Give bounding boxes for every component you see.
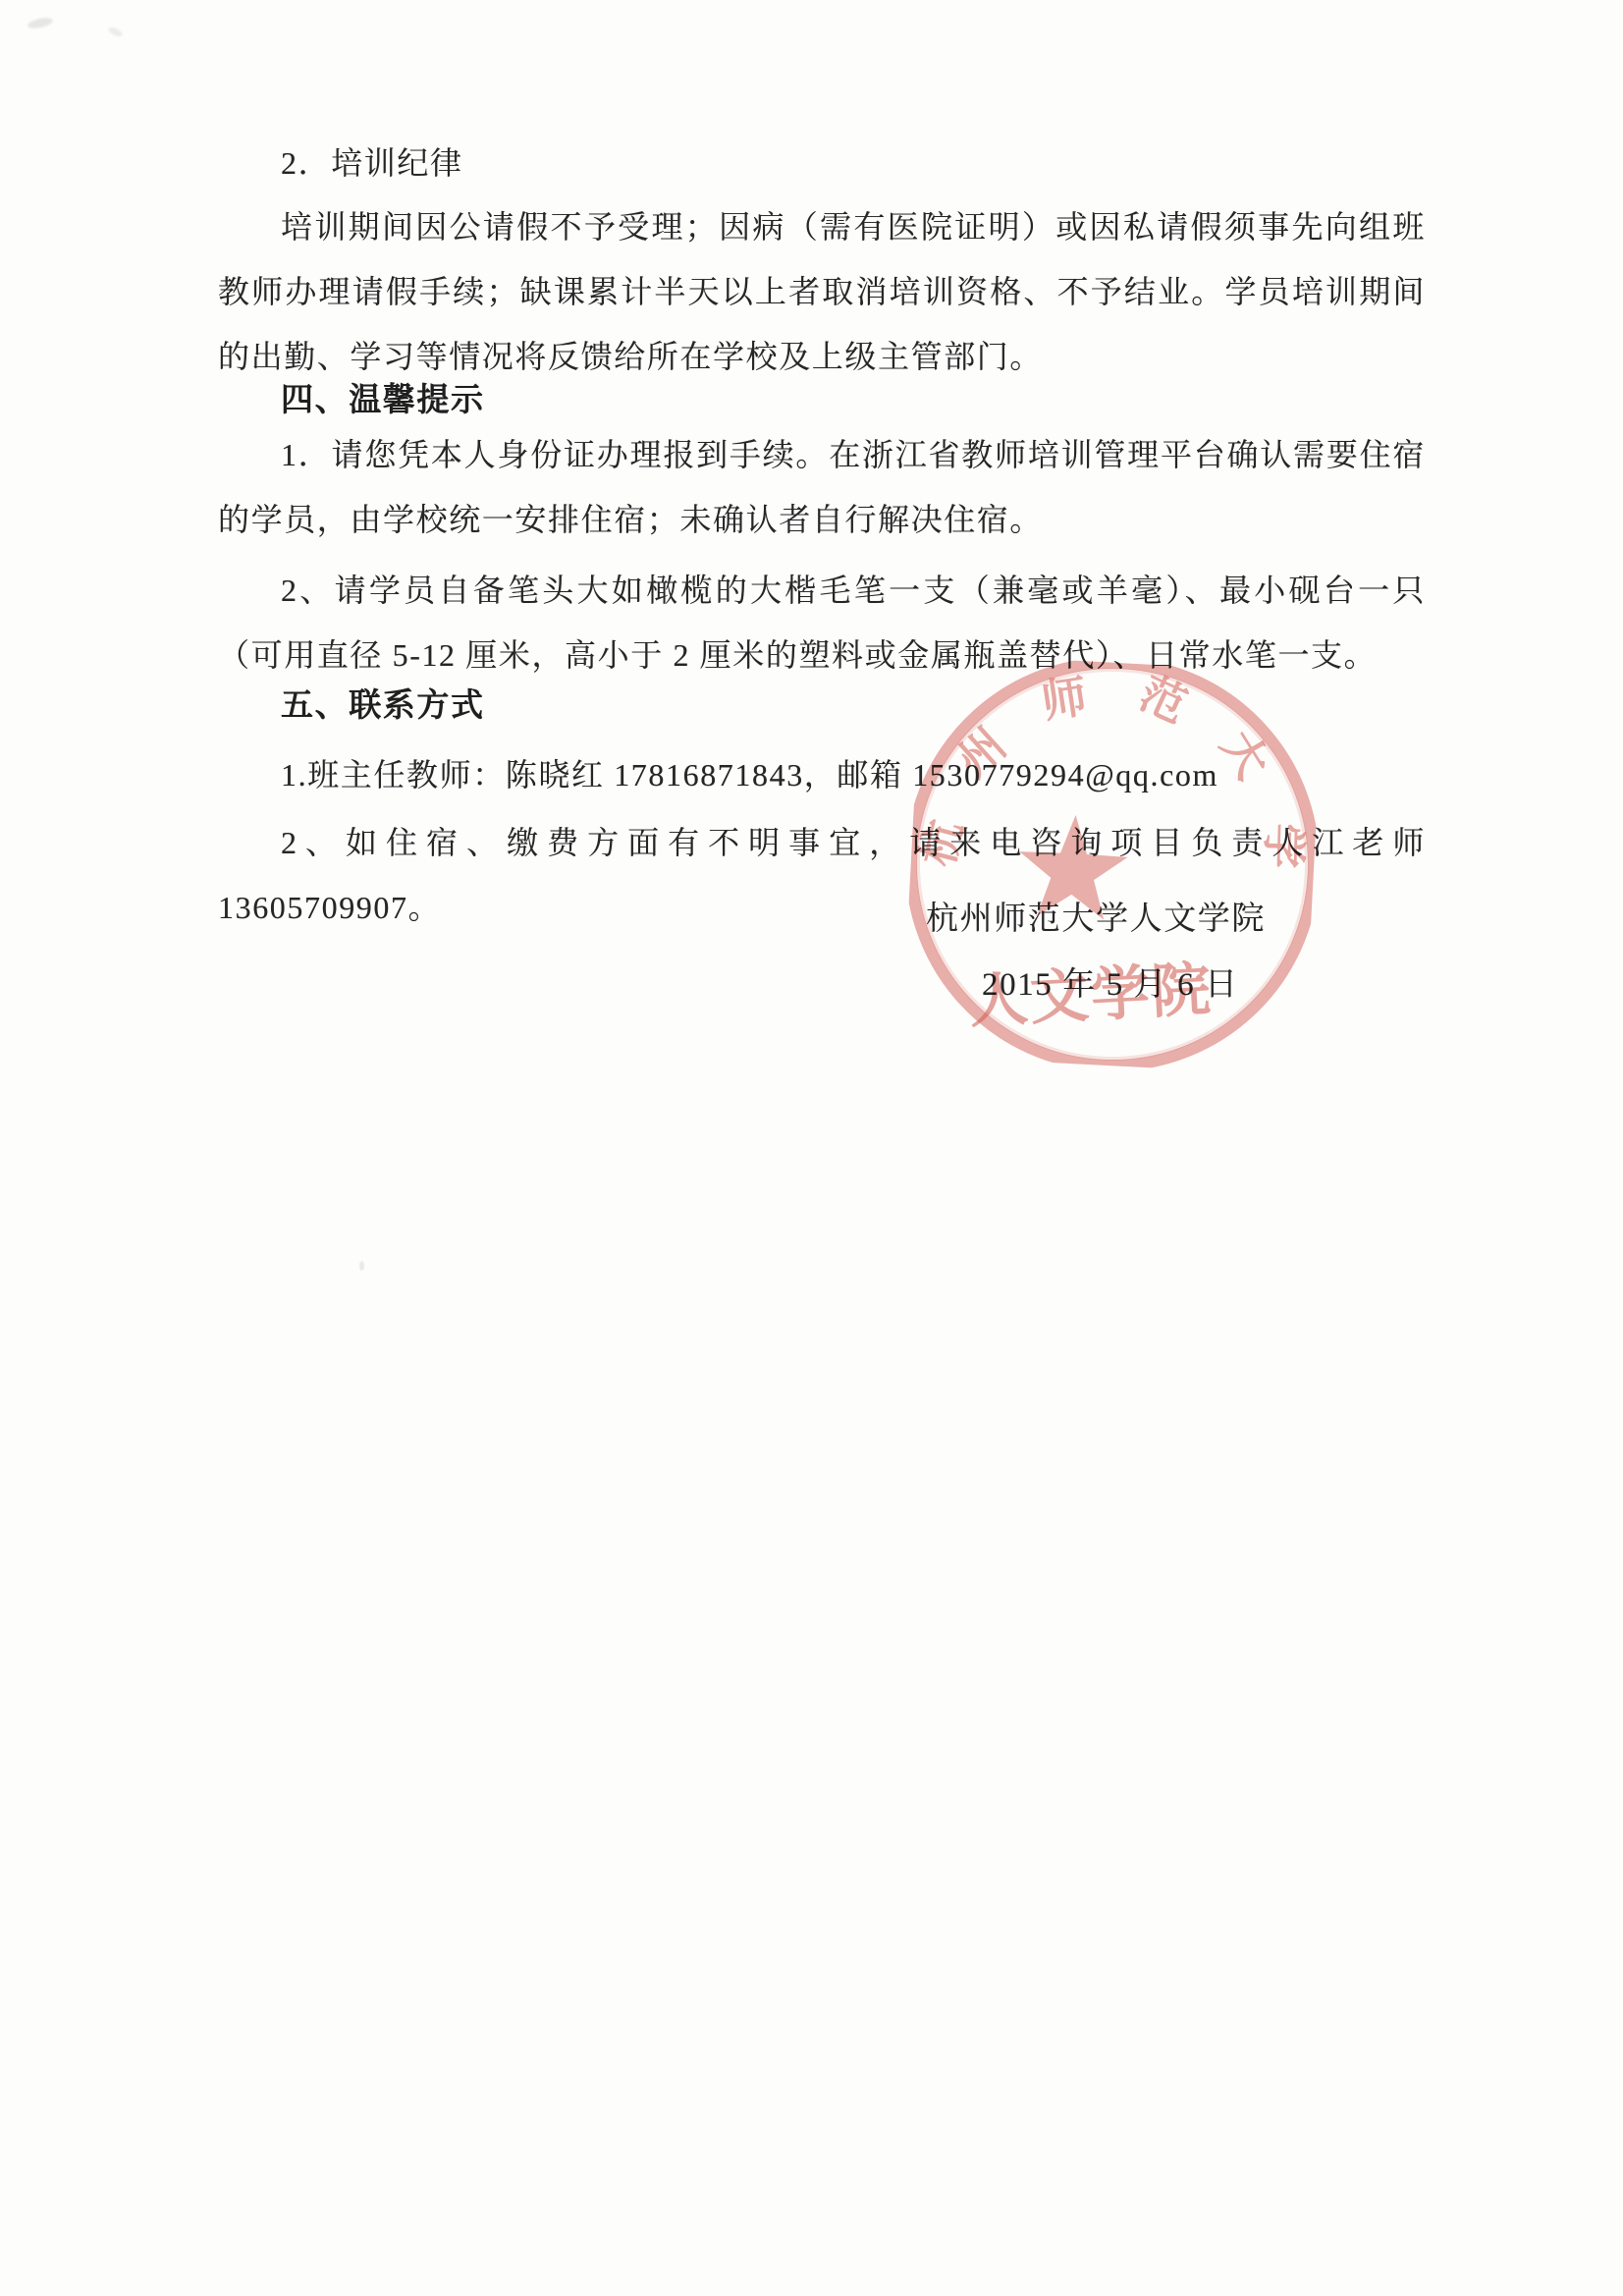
seal-arc-text: 杭州师范大学 [910, 653, 1320, 915]
scan-smudge [107, 26, 124, 38]
paragraph-discipline-body: 培训期间因公请假不予受理；因病（需有医院证明）或因私请假须事先向组班教师办理请假… [218, 194, 1426, 389]
paragraph-tips-item2: 2、请学员自备笔头大如橄榄的大楷毛笔一支（兼毫或羊毫）、最小砚台一只（可用直径 … [218, 558, 1426, 687]
scanned-document-page: 2．培训纪律 培训期间因公请假不予受理；因病（需有医院证明）或因私请假须事先向组… [0, 0, 1623, 2296]
scan-smudge [27, 16, 53, 29]
section-heading-contact: 五、联系方式 [281, 674, 485, 738]
seal-center-text: 人文学院 [967, 957, 1214, 1035]
scan-smudge [359, 1261, 364, 1271]
paragraph-tips-item1: 1．请您凭本人身份证办理报到手续。在浙江省教师培训管理平台确认需要住宿的学员，由… [218, 422, 1426, 552]
official-seal-stamp: 杭州师范大学 人文学院 [901, 653, 1325, 1076]
section-heading-discipline: 2．培训纪律 [281, 131, 463, 195]
seal-star-icon [1016, 812, 1130, 921]
